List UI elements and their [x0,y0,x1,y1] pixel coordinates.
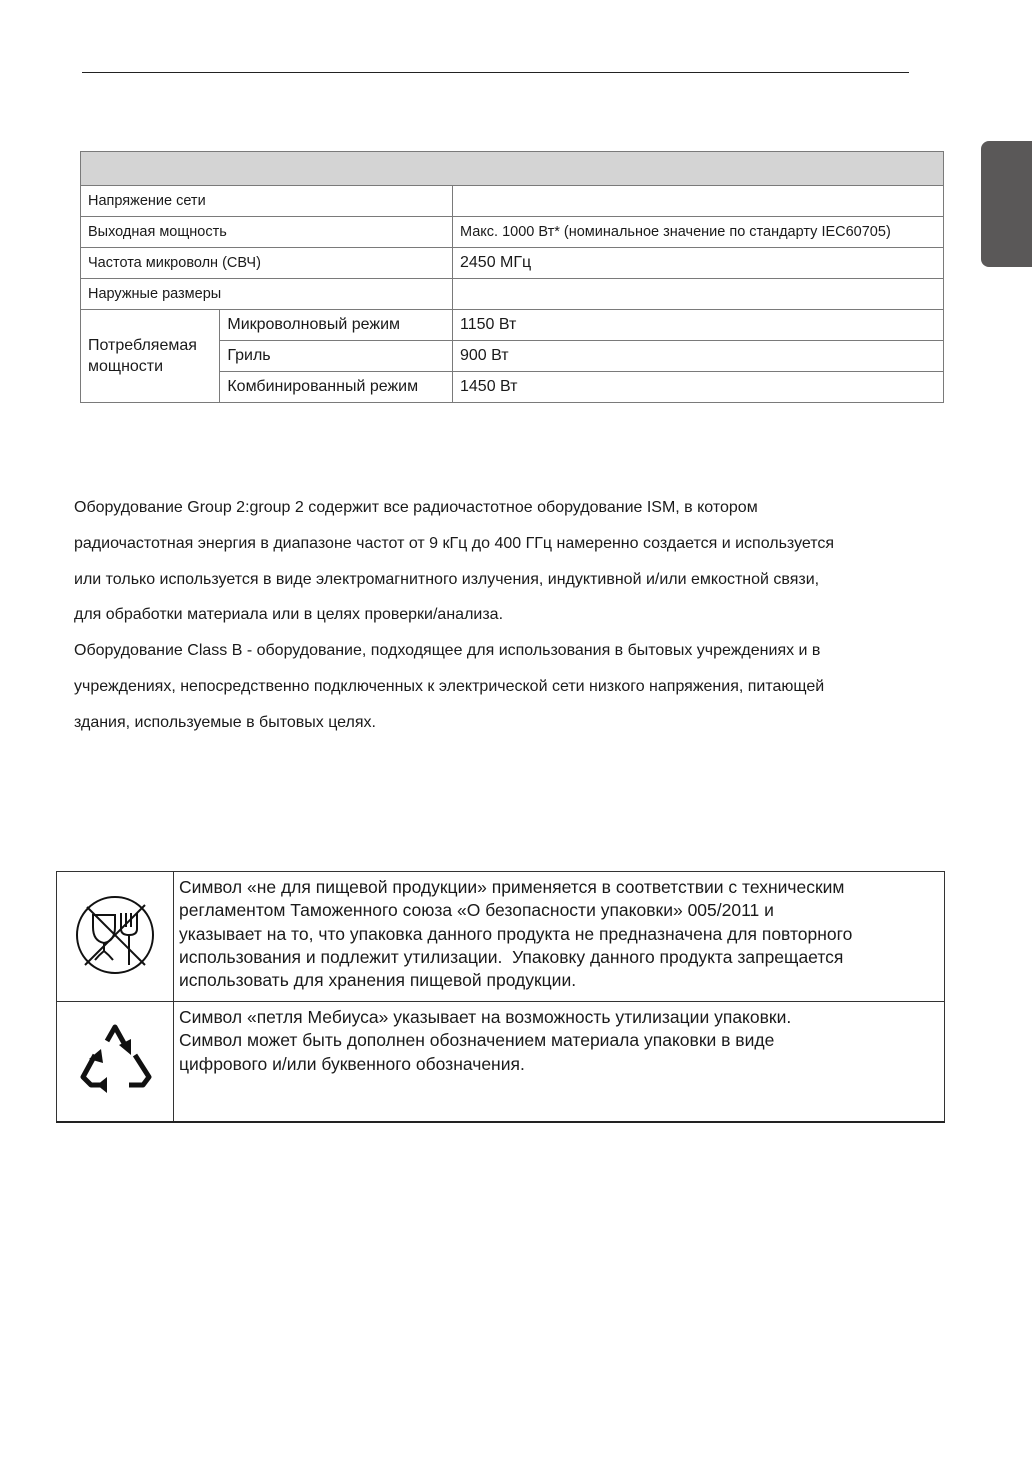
not-for-food-icon [58,893,172,977]
mode-label: Гриль [220,341,453,372]
spec-table-header-cell [81,152,944,186]
symbol-icon-cell [57,1002,174,1123]
symbol-description: Символ «петля Мебиуса» указывает на возм… [174,1002,945,1123]
mobius-loop-recycle-icon [58,1015,172,1095]
paragraph-line: радиочастотная энергия в диапазоне часто… [74,526,954,562]
mode-label: Комбинированный режим [220,372,453,403]
description-line: цифрового и/или буквенного обозначения. [179,1053,938,1076]
table-row: Потребляемая мощности Микроволновый режи… [81,310,944,341]
section-side-tab [981,141,1032,267]
spec-label: Наружные размеры [81,279,453,310]
spec-value [453,186,944,217]
specifications-table: Напряжение сети Выходная мощность Макс. … [80,151,944,403]
table-row: Напряжение сети [81,186,944,217]
paragraph-line: или только используется в виде электрома… [74,562,954,598]
spec-label: Частота микроволн (СВЧ) [81,248,453,279]
description-line: Символ «не для пищевой продукции» примен… [179,876,938,899]
paragraph-line: Оборудование Group 2:group 2 содержит вс… [74,490,954,526]
symbol-icon-cell [57,872,174,1002]
spec-value [453,279,944,310]
paragraph-line: для обработки материала или в целях пров… [74,597,954,633]
description-line: использования и подлежит утилизации. Упа… [179,946,938,969]
description-line: использовать для хранения пищевой продук… [179,969,938,992]
description-line: указывает на то, что упаковка данного пр… [179,923,938,946]
symbol-description: Символ «не для пищевой продукции» примен… [174,872,945,1002]
header-rule [82,72,909,73]
table-row: Символ «не для пищевой продукции» примен… [57,872,945,1002]
mode-value: 1450 Вт [453,372,944,403]
mode-value: 900 Вт [453,341,944,372]
spec-label: Выходная мощность [81,217,453,248]
paragraph-line: учреждениях, непосредственно подключенны… [74,669,954,705]
spec-table-header [81,152,944,186]
description-line: Символ «петля Мебиуса» указывает на возм… [179,1006,938,1029]
description-line: Символ может быть дополнен обозначением … [179,1029,938,1052]
table-row: Символ «петля Мебиуса» указывает на возм… [57,1002,945,1123]
description-line: регламентом Таможенного союза «О безопас… [179,899,938,922]
packaging-symbols-table: Символ «не для пищевой продукции» примен… [56,871,945,1123]
table-row: Выходная мощность Макс. 1000 Вт* (номина… [81,217,944,248]
table-row: Частота микроволн (СВЧ) 2450 МГц [81,248,944,279]
spec-value: Макс. 1000 Вт* (номинальное значение по … [453,217,944,248]
equipment-class-paragraph: Оборудование Group 2:group 2 содержит вс… [74,490,954,741]
mode-label: Микроволновый режим [220,310,453,341]
power-consumption-label: Потребляемая мощности [81,310,220,403]
spec-label: Напряжение сети [81,186,453,217]
paragraph-line: Оборудование Class B - оборудование, под… [74,633,954,669]
paragraph-line: здания, используемые в бытовых целях. [74,705,954,741]
mode-value: 1150 Вт [453,310,944,341]
table-row: Наружные размеры [81,279,944,310]
spec-value: 2450 МГц [453,248,944,279]
